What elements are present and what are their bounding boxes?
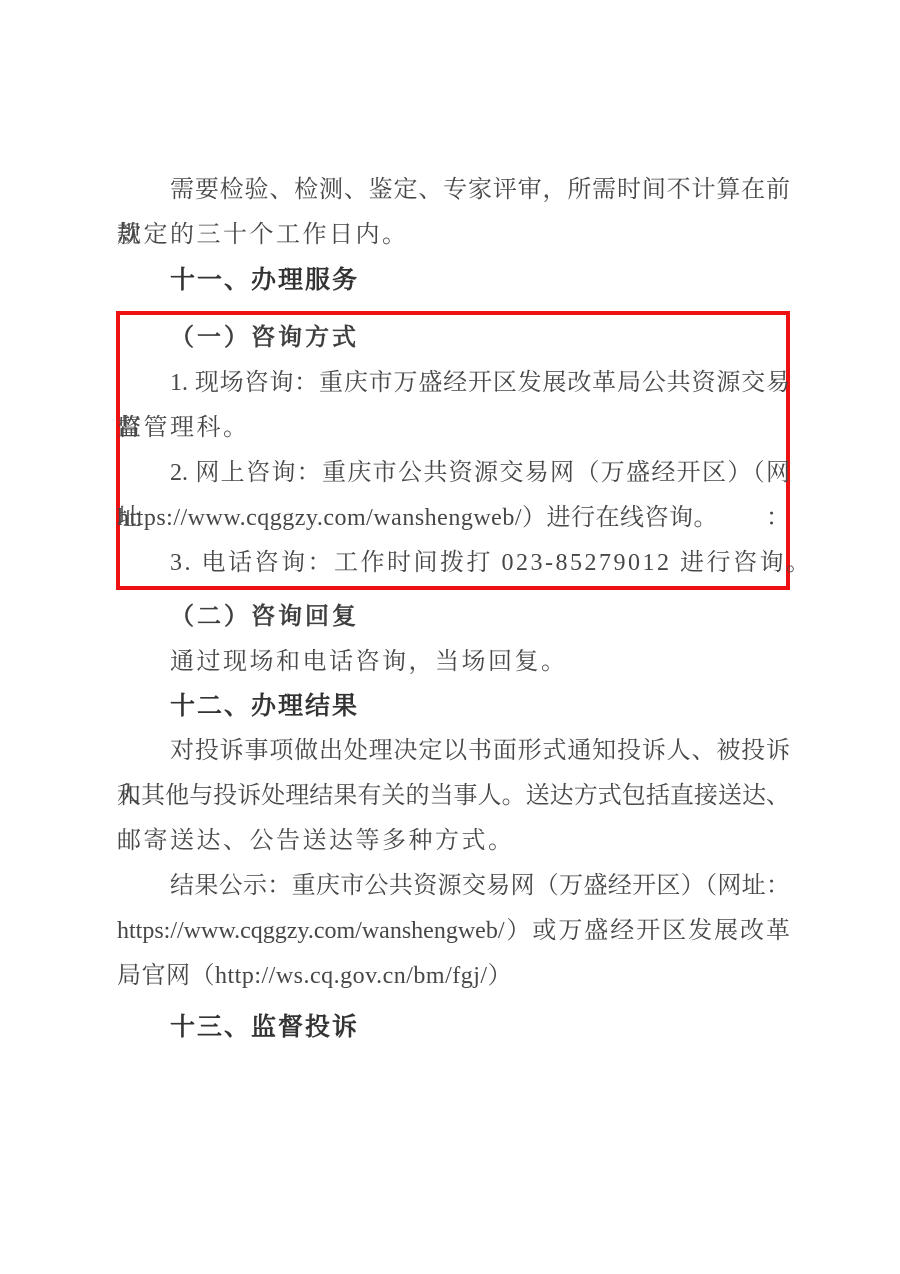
result-para-line-3: 邮寄送达、公告送达等多种方式。 — [117, 819, 790, 864]
result-para-line-2: 和其他与投诉处理结果有关的当事人。送达方式包括直接送达、 — [117, 774, 790, 819]
intro-line-2: 规定的三十个工作日内。 — [117, 213, 790, 258]
publicity-para-line-3: 局官网（http://ws.cq.gov.cn/bm/fgj/） — [117, 954, 790, 999]
subheading-consult-methods: （一）咨询方式 — [117, 316, 790, 361]
reply-body-line: 通过现场和电话咨询，当场回复。 — [117, 640, 790, 685]
document-page: 需要检验、检测、鉴定、专家评审，所需时间不计算在前款 规定的三十个工作日内。 十… — [0, 0, 900, 1274]
heading-section-12: 十二、办理结果 — [117, 684, 790, 729]
subheading-consult-reply: （二）咨询回复 — [117, 595, 790, 640]
consult-item-3: 3. 电话咨询：工作时间拨打 023-85279012 进行咨询。 — [117, 541, 790, 586]
consult-item-1-line-2: 督管理科。 — [117, 406, 790, 451]
publicity-para-line-2: https://www.cqggzy.com/wanshengweb/）或万盛经… — [117, 909, 790, 954]
consult-item-1-line-1: 1. 现场咨询：重庆市万盛经开区发展改革局公共资源交易监 — [117, 361, 790, 406]
intro-line-1: 需要检验、检测、鉴定、专家评审，所需时间不计算在前款 — [117, 168, 790, 213]
consult-item-2-line-1: 2. 网上咨询：重庆市公共资源交易网（万盛经开区）（网址： — [117, 451, 790, 496]
publicity-para-line-1: 结果公示：重庆市公共资源交易网（万盛经开区）（网址： — [117, 864, 790, 909]
heading-section-11: 十一、办理服务 — [117, 258, 790, 303]
result-para-line-1: 对投诉事项做出处理决定以书面形式通知投诉人、被投诉人 — [117, 729, 790, 774]
consult-item-2-line-2: https://www.cqggzy.com/wanshengweb/）进行在线… — [117, 496, 790, 541]
heading-section-13: 十三、监督投诉 — [117, 1005, 790, 1050]
